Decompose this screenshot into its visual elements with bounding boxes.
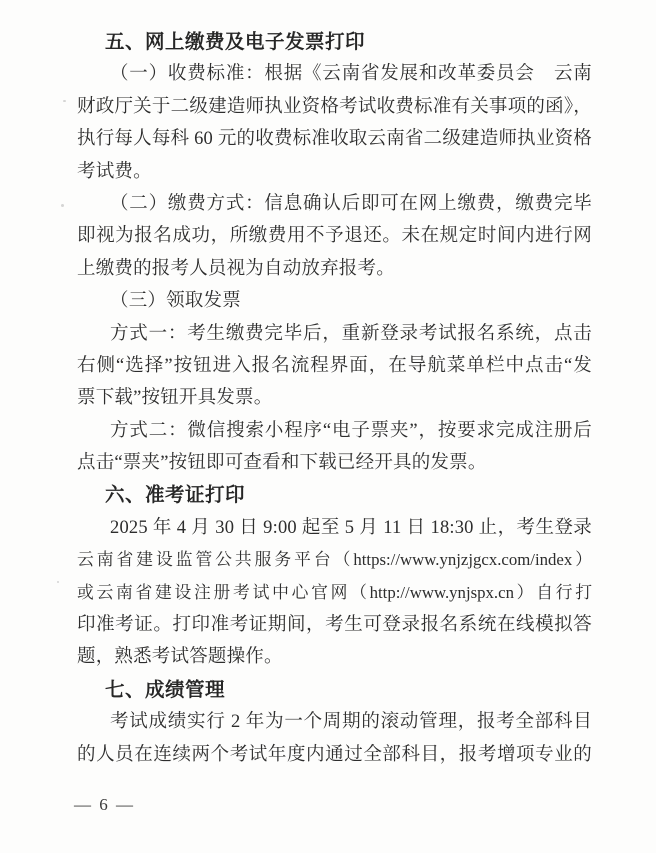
page-number: — 6 — [74, 789, 135, 821]
body-text-line: 的人员在连续两个考试年度内通过全部科目，报考增项专业的 [77, 739, 592, 771]
body-text-line: 右侧“选择”按钮进入报名流程界面，在导航菜单栏中点击“发 [77, 350, 592, 382]
document-page: 五、网上缴费及电子发票打印 （一）收费标准：根据《云南省发展和改革委员会 云南省… [0, 0, 656, 853]
section-heading-admission-ticket-print: 六、准考证打印 [77, 479, 592, 511]
body-text-line: （一）收费标准：根据《云南省发展和改革委员会 云南省 [77, 58, 592, 90]
section-heading-online-payment-invoice: 五、网上缴费及电子发票打印 [77, 26, 592, 58]
body-text-line: 即视为报名成功，所缴费用不予退还。未在规定时间内进行网 [77, 220, 592, 252]
scan-speck [63, 100, 66, 102]
body-text-line: 票下载”按钮开具发票。 [77, 382, 592, 414]
scan-speck [61, 204, 64, 207]
body-text-line: 方式二：微信搜索小程序“电子票夹”，按要求完成注册后 [77, 415, 592, 447]
document-body: 五、网上缴费及电子发票打印 （一）收费标准：根据《云南省发展和改革委员会 云南省… [77, 26, 592, 771]
body-text-line: 上缴费的报考人员视为自动放弃报考。 [77, 253, 592, 285]
body-text-line: 点击“票夹”按钮即可查看和下载已经开具的发票。 [77, 447, 592, 479]
body-text-line: 方式一：考生缴费完毕后，重新登录考试报名系统，点击 [77, 318, 592, 350]
scan-speck [57, 581, 59, 583]
body-text-line: 财政厅关于二级建造师执业资格考试收费标准有关事项的函》， [77, 91, 592, 123]
body-text-line: 题，熟悉考试答题操作。 [77, 641, 592, 673]
body-text-line: 考试成绩实行 2 年为一个周期的滚动管理，报考全部科目 [77, 706, 592, 738]
body-text-line: 考试费。 [77, 156, 592, 188]
body-text-line: （二）缴费方式：信息确认后即可在网上缴费，缴费完毕 [77, 188, 592, 220]
body-text-line-url: 云南省建设监管公共服务平台（https://www.ynjzjgcx.com/i… [77, 544, 592, 576]
body-text-line: （三）领取发票 [77, 285, 592, 317]
body-text-line: 执行每人每科 60 元的收费标准收取云南省二级建造师执业资格 [77, 123, 592, 155]
body-text-line-url: 或云南省建设注册考试中心官网（http://www.ynjspx.cn）自行打 [77, 577, 592, 609]
body-text-line: 2025 年 4 月 30 日 9:00 起至 5 月 11 日 18:30 止… [77, 512, 592, 544]
body-text-line: 印准考证。打印准考证期间，考生可登录报名系统在线模拟答 [77, 609, 592, 641]
section-heading-score-management: 七、成绩管理 [77, 674, 592, 706]
